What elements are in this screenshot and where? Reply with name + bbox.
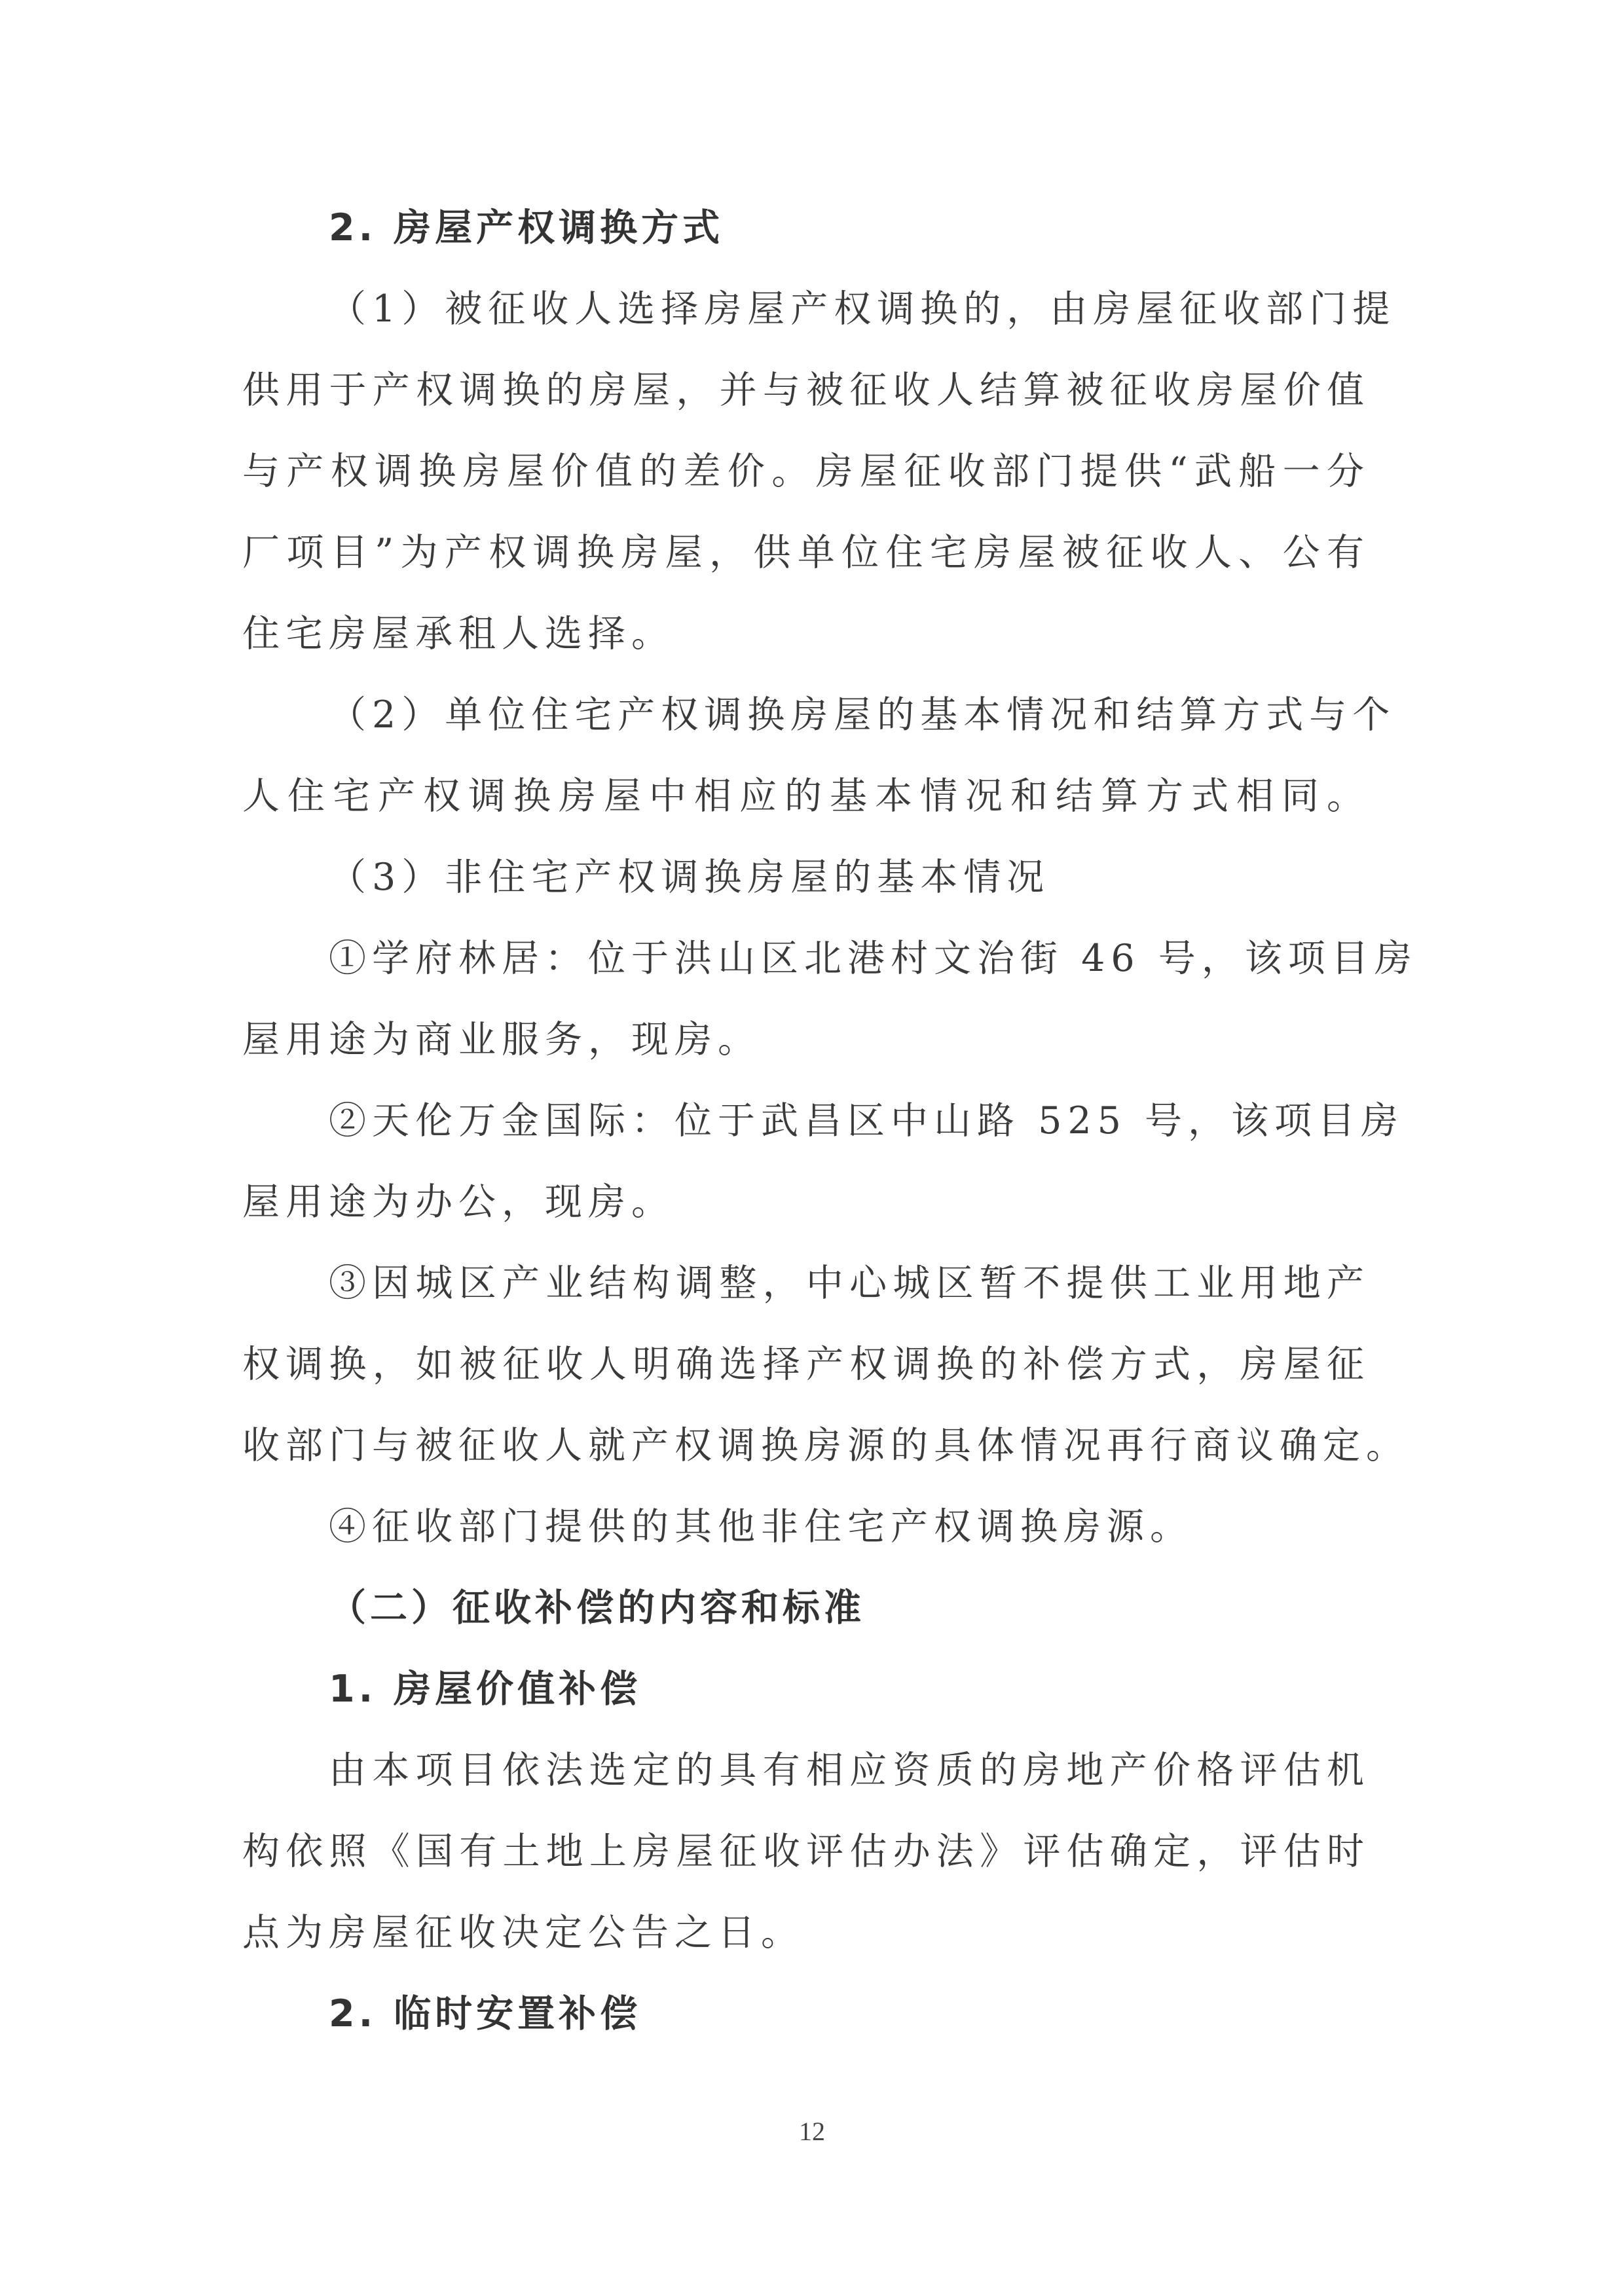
- subsection-heading-house-value: 1. 房屋价值补偿: [329, 1668, 641, 1710]
- paragraph-line: 人住宅产权调换房屋中相应的基本情况和结算方式相同。: [242, 775, 1370, 817]
- paragraph-line: 厂项目”为产权调换房屋，供单位住宅房屋被征收人、公有: [242, 532, 1370, 574]
- list-item-line: ①学府林居：位于洪山区北港村文治街 46 号，该项目房: [329, 938, 1370, 979]
- paragraph-line: （2）单位住宅产权调换房屋的基本情况和结算方式与个: [329, 694, 1370, 736]
- paragraph-line: 住宅房屋承租人选择。: [242, 613, 674, 655]
- list-item-line: 屋用途为商业服务，现房。: [242, 1019, 761, 1061]
- subsection-heading-temporary: 2. 临时安置补偿: [329, 1993, 641, 2035]
- paragraph-line: 点为房屋征收决定公告之日。: [242, 1912, 804, 1954]
- list-item-line: 收部门与被征收人就产权调换房源的具体情况再行商议确定。: [242, 1425, 1370, 1467]
- list-item-line: ②天伦万金国际：位于武昌区中山路 525 号，该项目房: [329, 1100, 1370, 1142]
- list-item-line: 屋用途为办公，现房。: [242, 1181, 674, 1223]
- list-item-line: ④征收部门提供的其他非住宅产权调换房源。: [329, 1506, 1193, 1548]
- list-item-line: ③因城区产业结构调整，中心城区暂不提供工业用地产: [329, 1262, 1370, 1304]
- paragraph-line: 构依照《国有土地上房屋征收评估办法》评估确定，评估时: [242, 1831, 1370, 1872]
- paragraph-line: （3）非住宅产权调换房屋的基本情况: [329, 856, 1050, 898]
- paragraph-line: 由本项目依法选定的具有相应资质的房地产价格评估机: [329, 1749, 1370, 1791]
- page-number: 12: [0, 2116, 1624, 2147]
- paragraph-line: 供用于产权调换的房屋，并与被征收人结算被征收房屋价值: [242, 369, 1370, 411]
- document-page: 2. 房屋产权调换方式 （1）被征收人选择房屋产权调换的，由房屋征收部门提 供用…: [0, 0, 1624, 2296]
- paragraph-line: 与产权调换房屋价值的差价。房屋征收部门提供“武船一分: [242, 450, 1370, 492]
- list-item-line: 权调换，如被征收人明确选择产权调换的补偿方式，房屋征: [242, 1343, 1370, 1385]
- section-heading-compensation: （二）征收补偿的内容和标准: [329, 1587, 865, 1629]
- paragraph-line: （1）被征收人选择房屋产权调换的，由房屋征收部门提: [329, 288, 1370, 330]
- section-heading-property-exchange: 2. 房屋产权调换方式: [329, 207, 724, 249]
